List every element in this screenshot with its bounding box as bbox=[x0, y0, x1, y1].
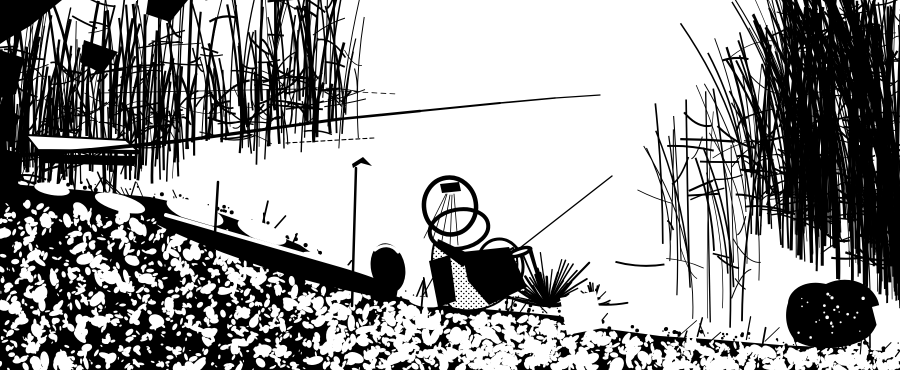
white-stone bbox=[560, 291, 603, 335]
water-line-lower-dash bbox=[286, 138, 374, 143]
dark-rock bbox=[786, 280, 880, 348]
floating-bird-mark bbox=[352, 157, 372, 168]
fishing-scene-photo bbox=[0, 0, 900, 370]
white-debris-patch bbox=[872, 300, 900, 340]
fishing-line bbox=[516, 176, 612, 251]
scene-svg bbox=[0, 0, 900, 370]
keepnet-clamp bbox=[440, 182, 461, 193]
left-reed-bed bbox=[0, 0, 362, 210]
photo-stage bbox=[0, 0, 900, 370]
